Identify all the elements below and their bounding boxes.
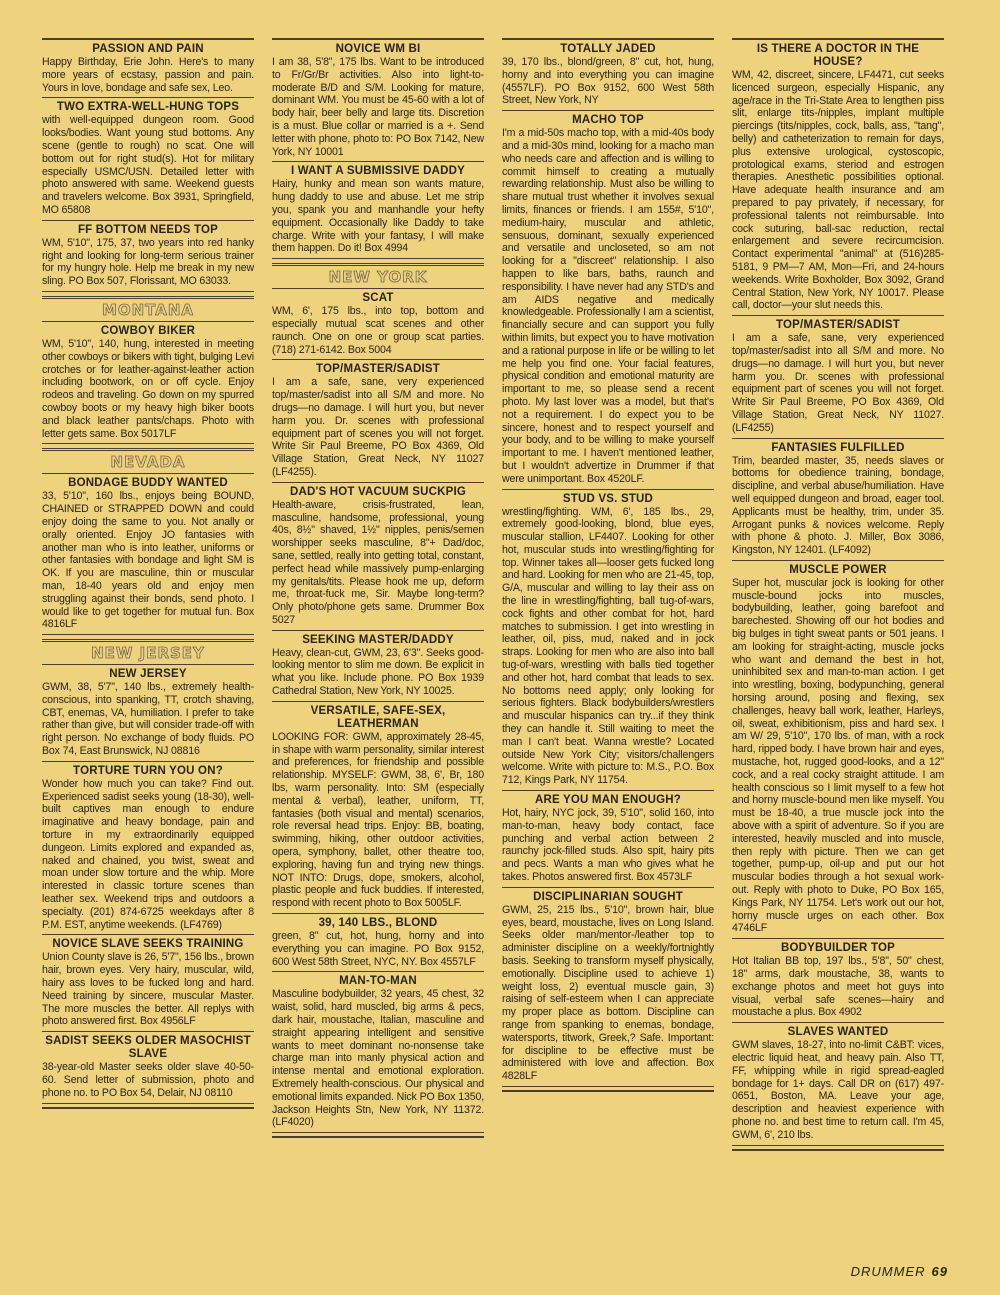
ad-headline: COWBOY BIKER — [42, 325, 254, 338]
ad-headline: TOTALLY JADED — [502, 43, 714, 56]
column-end-rule — [42, 1107, 254, 1109]
ad-body: I am a safe, sane, very experienced top/… — [272, 376, 484, 478]
ad-body: WM, 42, discreet, sincere, LF4471, cut s… — [732, 69, 944, 312]
magazine-name: DRUMMER — [851, 1264, 926, 1279]
ad-body: 38-year-old Master seeks older slave 40-… — [42, 1061, 254, 1099]
classified-ad: FANTASIES FULFILLEDTrim, bearded master,… — [732, 439, 944, 561]
ad-headline: NOVICE WM BI — [272, 43, 484, 56]
column-end-rule — [502, 1090, 714, 1092]
ad-headline: TORTURE TURN YOU ON? — [42, 765, 254, 778]
classified-ad: SEEKING MASTER/DADDYHeavy, clean-cut, GW… — [272, 631, 484, 702]
classified-ad: STUD vs. STUDwrestling/fighting. WM, 6',… — [502, 490, 714, 792]
classified-ad: PASSION AND PAINHappy Birthday, Erie Joh… — [42, 40, 254, 98]
ad-body: I'm a mid-50s macho top, with a mid-40s … — [502, 127, 714, 485]
ad-headline: FANTASIES FULFILLED — [732, 442, 944, 455]
ad-headline: BODYBUILDER TOP — [732, 942, 944, 955]
ad-body: green, 8" cut, hot, hung, horny and into… — [272, 930, 484, 968]
state-section-header: MONTANA — [42, 296, 254, 322]
classified-ad: SLAVES WANTEDGWM slaves, 18-27, into no-… — [732, 1023, 944, 1145]
ad-body: Super hot, muscular jock is looking for … — [732, 577, 944, 935]
classified-ad: VERSATILE, SAFE-SEX, LEATHERMANLOOKING F… — [272, 702, 484, 914]
section-title: NEW JERSEY — [91, 644, 205, 662]
ad-body: Health-aware, crisis-frustrated, lean, m… — [272, 499, 484, 627]
classified-ad: DAD'S HOT VACUUM SUCKPIGHealth-aware, cr… — [272, 483, 484, 631]
ad-headline: PASSION AND PAIN — [42, 43, 254, 56]
ad-headline: MUSCLE POWER — [732, 564, 944, 577]
ad-body: 39, 170 lbs., blond/green, 8" cut, hot, … — [502, 56, 714, 107]
classified-ad: SCATWM, 6', 175 lbs., into top, bottom a… — [272, 289, 484, 360]
ad-headline: BONDAGE BUDDY WANTED — [42, 477, 254, 490]
classified-ad: MAN-TO-MANMasculine bodybuilder, 32 year… — [272, 972, 484, 1133]
ad-headline: ARE YOU MAN ENOUGH? — [502, 794, 714, 807]
classified-ad: SADIST SEEKS OLDER MASOCHIST SLAVE38-yea… — [42, 1032, 254, 1103]
ad-body: LOOKING FOR: GWM, approximately 28-45, i… — [272, 731, 484, 910]
ad-headline: MAN-TO-MAN — [272, 975, 484, 988]
classified-ad: NOVICE WM BII am 38, 5'8", 175 lbs. Want… — [272, 40, 484, 162]
ad-headline: 39, 140 LBS., BLOND — [272, 917, 484, 930]
ad-headline: TOP/MASTER/SADIST — [732, 319, 944, 332]
ad-body: Happy Birthday, Erie John. Here's to man… — [42, 56, 254, 94]
ad-body: Trim, bearded master, 35, needs slaves o… — [732, 455, 944, 557]
ad-headline: IS THERE A DOCTOR IN THE HOUSE? — [732, 43, 944, 69]
ad-headline: VERSATILE, SAFE-SEX, LEATHERMAN — [272, 705, 484, 731]
classified-ad: 39, 140 LBS., BLONDgreen, 8" cut, hot, h… — [272, 914, 484, 972]
classified-ad: MUSCLE POWERSuper hot, muscular jock is … — [732, 561, 944, 939]
ad-body: Union County slave is 26, 5'7", 156 lbs.… — [42, 951, 254, 1028]
ad-body: GWM, 38, 5'7", 140 lbs., extremely healt… — [42, 681, 254, 758]
ad-headline: DAD'S HOT VACUUM SUCKPIG — [272, 486, 484, 499]
classified-ad: BONDAGE BUDDY WANTED33, 5'10", 160 lbs.,… — [42, 474, 254, 635]
ad-headline: TOP/MASTER/SADIST — [272, 363, 484, 376]
ad-body: WM, 6', 175 lbs., into top, bottom and e… — [272, 305, 484, 356]
ad-body: Heavy, clean-cut, GWM, 23, 6'3". Seeks g… — [272, 647, 484, 698]
classified-ad: MACHO TOPI'm a mid-50s macho top, with a… — [502, 111, 714, 489]
ad-body: Wonder how much you can take? Find out. … — [42, 778, 254, 932]
classified-ad: TOP/MASTER/SADISTI am a safe, sane, very… — [272, 360, 484, 482]
section-title: NEVADA — [110, 453, 185, 471]
column-1: PASSION AND PAINHappy Birthday, Erie Joh… — [42, 38, 254, 1263]
column-3: TOTALLY JADED39, 170 lbs., blond/green, … — [502, 38, 714, 1263]
column-end-rule — [272, 1136, 484, 1138]
ad-headline: SCAT — [272, 292, 484, 305]
section-title: NEW YORK — [329, 268, 428, 286]
ad-body: wrestling/fighting. WM, 6', 185 lbs., 29… — [502, 506, 714, 788]
column-2: NOVICE WM BII am 38, 5'8", 175 lbs. Want… — [272, 38, 484, 1263]
ad-body: Hot Italian BB top, 197 lbs., 5'8", 50" … — [732, 955, 944, 1019]
page-number: 69 — [932, 1264, 948, 1279]
ad-headline: NOVICE SLAVE SEEKS TRAINING — [42, 938, 254, 951]
classified-ad: I WANT A SUBMISSIVE DADDYHairy, hunky an… — [272, 162, 484, 259]
classified-ad: TOTALLY JADED39, 170 lbs., blond/green, … — [502, 40, 714, 111]
ad-headline: STUD vs. STUD — [502, 493, 714, 506]
column-end-rule — [732, 1149, 944, 1151]
classified-ad: NOVICE SLAVE SEEKS TRAININGUnion County … — [42, 935, 254, 1032]
state-section-header: NEW YORK — [272, 263, 484, 289]
ad-body: I am a safe, sane, very experienced top/… — [732, 332, 944, 434]
ad-headline: NEW JERSEY — [42, 668, 254, 681]
classified-ad: IS THERE A DOCTOR IN THE HOUSE?WM, 42, d… — [732, 40, 944, 316]
ad-headline: TWO EXTRA-WELL-HUNG TOPS — [42, 101, 254, 114]
classified-ad: TOP/MASTER/SADISTI am a safe, sane, very… — [732, 316, 944, 438]
ad-headline: SLAVES WANTED — [732, 1026, 944, 1039]
section-title: MONTANA — [102, 301, 194, 319]
classified-ad: FF BOTTOM NEEDS TOPWM, 5'10", 175, 37, t… — [42, 221, 254, 292]
page-footer: DRUMMER69 — [851, 1264, 948, 1279]
ad-body: 33, 5'10", 160 lbs., enjoys being BOUND,… — [42, 490, 254, 631]
classified-ad: COWBOY BIKERWM, 5'10", 140, hung, intere… — [42, 322, 254, 444]
column-4: IS THERE A DOCTOR IN THE HOUSE?WM, 42, d… — [732, 38, 944, 1263]
ad-body: GWM slaves, 18-27, into no-limit C&BT: v… — [732, 1039, 944, 1141]
ad-headline: SADIST SEEKS OLDER MASOCHIST SLAVE — [42, 1035, 254, 1061]
ad-body: Hairy, hunky and mean son wants mature, … — [272, 178, 484, 255]
classified-ad: TORTURE TURN YOU ON?Wonder how much you … — [42, 762, 254, 936]
state-section-header: NEW JERSEY — [42, 639, 254, 665]
classified-ad: ARE YOU MAN ENOUGH?Hot, hairy, NYC jock,… — [502, 791, 714, 888]
ad-body: WM, 5'10", 175, 37, two years into red h… — [42, 237, 254, 288]
ad-headline: FF BOTTOM NEEDS TOP — [42, 224, 254, 237]
classified-ad: BODYBUILDER TOPHot Italian BB top, 197 l… — [732, 939, 944, 1023]
ad-body: WM, 5'10", 140, hung, interested in meet… — [42, 338, 254, 440]
ad-body: Hot, hairy, NYC jock, 39, 5'10", solid 1… — [502, 807, 714, 884]
ad-headline: SEEKING MASTER/DADDY — [272, 634, 484, 647]
ad-body: I am 38, 5'8", 175 lbs. Want to be intro… — [272, 56, 484, 158]
classified-ad: TWO EXTRA-WELL-HUNG TOPSwith well-equipp… — [42, 98, 254, 220]
ad-headline: DISCIPLINARIAN SOUGHT — [502, 891, 714, 904]
classifieds-page: PASSION AND PAINHappy Birthday, Erie Joh… — [42, 38, 947, 1263]
state-section-header: NEVADA — [42, 448, 254, 474]
ad-headline: MACHO TOP — [502, 114, 714, 127]
ad-headline: I WANT A SUBMISSIVE DADDY — [272, 165, 484, 178]
classified-ad: DISCIPLINARIAN SOUGHTGWM, 25, 215 lbs., … — [502, 888, 714, 1087]
ad-body: GWM, 25, 215 lbs., 5'10", brown hair, bl… — [502, 904, 714, 1083]
classified-ad: NEW JERSEYGWM, 38, 5'7", 140 lbs., extre… — [42, 665, 254, 762]
ad-body: Masculine bodybuilder, 32 years, 45 ches… — [272, 988, 484, 1129]
ad-body: with well-equipped dungeon room. Good lo… — [42, 114, 254, 216]
